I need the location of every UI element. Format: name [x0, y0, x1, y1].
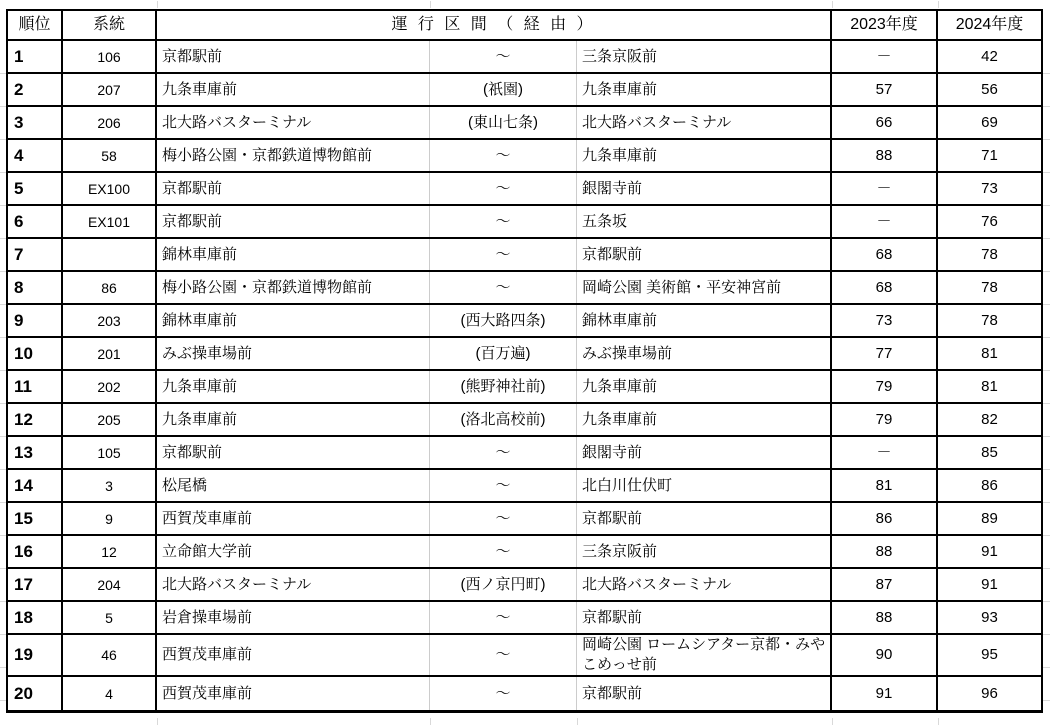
margin-gridline-tick	[938, 1, 939, 8]
cell-end-stop: 京都駅前	[577, 677, 832, 710]
margin-gridline-tick	[157, 1, 158, 8]
cell-rank: 13	[8, 437, 63, 468]
cell-rank: 7	[8, 239, 63, 270]
cell-start-stop: 京都駅前	[157, 173, 430, 204]
cell-start-stop: 西賀茂車庫前	[157, 635, 430, 675]
cell-start-stop: 松尾橋	[157, 470, 430, 501]
cell-fy2023: 66	[832, 107, 938, 138]
cell-fy2023: 79	[832, 404, 938, 435]
cell-fy2024: 71	[938, 140, 1041, 171]
cell-fy2024: 73	[938, 173, 1041, 204]
cell-rank: 15	[8, 503, 63, 534]
cell-route-number: 206	[63, 107, 157, 138]
cell-via: ～	[430, 602, 577, 633]
cell-rank: 3	[8, 107, 63, 138]
margin-gridline-tick	[832, 718, 833, 725]
cell-end-stop: 三条京阪前	[577, 536, 832, 567]
cell-fy2024: 76	[938, 206, 1041, 237]
document-page: 順位 系統 運 行 区 間 （ 経 由 ） 2023年度 2024年度 1 10…	[0, 0, 1050, 725]
cell-fy2023: 90	[832, 635, 938, 675]
cell-via: ～	[430, 635, 577, 675]
cell-rank: 14	[8, 470, 63, 501]
cell-rank: 5	[8, 173, 63, 204]
table-row: 1 106 京都駅前 ～ 三条京阪前 － 42	[8, 41, 1041, 74]
header-rank: 順位	[8, 11, 63, 39]
cell-route-number: 46	[63, 635, 157, 675]
table-row: 12 205 九条車庫前 (洛北高校前) 九条車庫前 79 82	[8, 404, 1041, 437]
cell-route-number: 4	[63, 677, 157, 710]
cell-start-stop: 岩倉操車場前	[157, 602, 430, 633]
cell-fy2024: 95	[938, 635, 1041, 675]
cell-start-stop: 九条車庫前	[157, 74, 430, 105]
cell-end-stop: 錦林車庫前	[577, 305, 832, 336]
cell-via: (熊野神社前)	[430, 371, 577, 402]
cell-fy2024: 69	[938, 107, 1041, 138]
cell-start-stop: 梅小路公園・京都鉄道博物館前	[157, 140, 430, 171]
cell-start-stop: 九条車庫前	[157, 371, 430, 402]
cell-route-number: 202	[63, 371, 157, 402]
header-fy2023: 2023年度	[832, 11, 938, 39]
table-row: 2 207 九条車庫前 (祇園) 九条車庫前 57 56	[8, 74, 1041, 107]
cell-start-stop: みぶ操車場前	[157, 338, 430, 369]
cell-rank: 2	[8, 74, 63, 105]
margin-gridline-tick	[938, 718, 939, 725]
cell-fy2024: 56	[938, 74, 1041, 105]
cell-fy2024: 93	[938, 602, 1041, 633]
cell-via: ～	[430, 140, 577, 171]
header-section: 運 行 区 間 （ 経 由 ）	[157, 11, 832, 39]
cell-fy2024: 85	[938, 437, 1041, 468]
cell-fy2024: 78	[938, 305, 1041, 336]
cell-start-stop: 北大路バスターミナル	[157, 569, 430, 600]
cell-fy2023: －	[832, 437, 938, 468]
cell-fy2024: 91	[938, 536, 1041, 567]
cell-rank: 9	[8, 305, 63, 336]
table-row: 3 206 北大路バスターミナル (東山七条) 北大路バスターミナル 66 69	[8, 107, 1041, 140]
cell-rank: 12	[8, 404, 63, 435]
cell-end-stop: 銀閣寺前	[577, 173, 832, 204]
table-row: 4 58 梅小路公園・京都鉄道博物館前 ～ 九条車庫前 88 71	[8, 140, 1041, 173]
cell-end-stop: 岡崎公園 美術館・平安神宮前	[577, 272, 832, 303]
cell-via: (祇園)	[430, 74, 577, 105]
table-row: 6 EX101 京都駅前 ～ 五条坂 － 76	[8, 206, 1041, 239]
cell-fy2024: 89	[938, 503, 1041, 534]
cell-via: (西ノ京円町)	[430, 569, 577, 600]
cell-route-number: 207	[63, 74, 157, 105]
cell-fy2023: －	[832, 206, 938, 237]
cell-end-stop: 銀閣寺前	[577, 437, 832, 468]
cell-route-number: 12	[63, 536, 157, 567]
cell-fy2024: 86	[938, 470, 1041, 501]
table-header-row: 順位 系統 運 行 区 間 （ 経 由 ） 2023年度 2024年度	[8, 11, 1041, 41]
cell-fy2023: 88	[832, 140, 938, 171]
cell-route-number	[63, 239, 157, 270]
cell-end-stop: 三条京阪前	[577, 41, 832, 72]
cell-fy2023: 77	[832, 338, 938, 369]
cell-via: ～	[430, 272, 577, 303]
cell-fy2023: －	[832, 41, 938, 72]
cell-via: (東山七条)	[430, 107, 577, 138]
cell-fy2024: 78	[938, 272, 1041, 303]
cell-fy2023: －	[832, 173, 938, 204]
cell-start-stop: 西賀茂車庫前	[157, 677, 430, 710]
cell-rank: 4	[8, 140, 63, 171]
table-row: 15 9 西賀茂車庫前 ～ 京都駅前 86 89	[8, 503, 1041, 536]
cell-via: ～	[430, 677, 577, 710]
cell-via: ～	[430, 437, 577, 468]
cell-end-stop: みぶ操車場前	[577, 338, 832, 369]
header-fy2024: 2024年度	[938, 11, 1041, 39]
table-row: 9 203 錦林車庫前 (西大路四条) 錦林車庫前 73 78	[8, 305, 1041, 338]
margin-gridlines-right	[1043, 41, 1050, 717]
cell-start-stop: 西賀茂車庫前	[157, 503, 430, 534]
cell-route-number: EX100	[63, 173, 157, 204]
table-row: 19 46 西賀茂車庫前 ～ 岡崎公園 ロームシアター京都・みやこめっせ前 90…	[8, 635, 1041, 677]
table-row: 11 202 九条車庫前 (熊野神社前) 九条車庫前 79 81	[8, 371, 1041, 404]
cell-route-number: EX101	[63, 206, 157, 237]
cell-start-stop: 京都駅前	[157, 41, 430, 72]
cell-end-stop: 五条坂	[577, 206, 832, 237]
cell-rank: 11	[8, 371, 63, 402]
cell-fy2024: 82	[938, 404, 1041, 435]
cell-route-number: 86	[63, 272, 157, 303]
cell-fy2023: 57	[832, 74, 938, 105]
cell-rank: 17	[8, 569, 63, 600]
table-row: 18 5 岩倉操車場前 ～ 京都駅前 88 93	[8, 602, 1041, 635]
cell-end-stop: 九条車庫前	[577, 140, 832, 171]
cell-start-stop: 立命館大学前	[157, 536, 430, 567]
cell-via: (西大路四条)	[430, 305, 577, 336]
table-row: 10 201 みぶ操車場前 (百万遍) みぶ操車場前 77 81	[8, 338, 1041, 371]
cell-end-stop: 北大路バスターミナル	[577, 569, 832, 600]
cell-fy2023: 91	[832, 677, 938, 710]
cell-start-stop: 京都駅前	[157, 437, 430, 468]
cell-via: (洛北高校前)	[430, 404, 577, 435]
cell-via: ～	[430, 239, 577, 270]
header-route: 系統	[63, 11, 157, 39]
table-row: 13 105 京都駅前 ～ 銀閣寺前 － 85	[8, 437, 1041, 470]
cell-route-number: 106	[63, 41, 157, 72]
cell-rank: 1	[8, 41, 63, 72]
cell-rank: 6	[8, 206, 63, 237]
cell-route-number: 5	[63, 602, 157, 633]
margin-gridline-tick	[832, 1, 833, 8]
cell-end-stop: 九条車庫前	[577, 371, 832, 402]
cell-end-stop: 京都駅前	[577, 602, 832, 633]
cell-fy2023: 81	[832, 470, 938, 501]
cell-end-stop: 九条車庫前	[577, 74, 832, 105]
cell-route-number: 204	[63, 569, 157, 600]
cell-start-stop: 錦林車庫前	[157, 239, 430, 270]
cell-fy2024: 81	[938, 371, 1041, 402]
bus-route-ranking-table: 順位 系統 運 行 区 間 （ 経 由 ） 2023年度 2024年度 1 10…	[6, 9, 1043, 713]
cell-via: ～	[430, 173, 577, 204]
cell-rank: 10	[8, 338, 63, 369]
cell-start-stop: 京都駅前	[157, 206, 430, 237]
cell-end-stop: 岡崎公園 ロームシアター京都・みやこめっせ前	[577, 635, 832, 675]
table-body: 1 106 京都駅前 ～ 三条京阪前 － 42 2 207 九条車庫前 (祇園)…	[8, 41, 1041, 710]
cell-via: ～	[430, 206, 577, 237]
cell-rank: 20	[8, 677, 63, 710]
cell-fy2023: 88	[832, 536, 938, 567]
cell-via: ～	[430, 503, 577, 534]
cell-end-stop: 京都駅前	[577, 239, 832, 270]
cell-via: (百万遍)	[430, 338, 577, 369]
cell-via: ～	[430, 536, 577, 567]
cell-route-number: 58	[63, 140, 157, 171]
table-row: 17 204 北大路バスターミナル (西ノ京円町) 北大路バスターミナル 87 …	[8, 569, 1041, 602]
cell-route-number: 9	[63, 503, 157, 534]
cell-route-number: 205	[63, 404, 157, 435]
cell-end-stop: 京都駅前	[577, 503, 832, 534]
cell-route-number: 203	[63, 305, 157, 336]
cell-fy2023: 88	[832, 602, 938, 633]
cell-fy2024: 42	[938, 41, 1041, 72]
cell-end-stop: 北大路バスターミナル	[577, 107, 832, 138]
cell-fy2023: 68	[832, 272, 938, 303]
cell-fy2023: 87	[832, 569, 938, 600]
cell-rank: 18	[8, 602, 63, 633]
cell-rank: 19	[8, 635, 63, 675]
table-row: 7 錦林車庫前 ～ 京都駅前 68 78	[8, 239, 1041, 272]
cell-via: ～	[430, 470, 577, 501]
table-row: 8 86 梅小路公園・京都鉄道博物館前 ～ 岡崎公園 美術館・平安神宮前 68 …	[8, 272, 1041, 305]
table-row: 20 4 西賀茂車庫前 ～ 京都駅前 91 96	[8, 677, 1041, 710]
cell-end-stop: 北白川仕伏町	[577, 470, 832, 501]
cell-rank: 8	[8, 272, 63, 303]
cell-fy2024: 91	[938, 569, 1041, 600]
cell-rank: 16	[8, 536, 63, 567]
cell-start-stop: 北大路バスターミナル	[157, 107, 430, 138]
margin-gridline-tick	[577, 718, 578, 725]
cell-fy2023: 73	[832, 305, 938, 336]
cell-fy2023: 86	[832, 503, 938, 534]
cell-fy2024: 81	[938, 338, 1041, 369]
cell-fy2024: 78	[938, 239, 1041, 270]
margin-gridline-tick	[430, 718, 431, 725]
table-row: 16 12 立命館大学前 ～ 三条京阪前 88 91	[8, 536, 1041, 569]
cell-route-number: 3	[63, 470, 157, 501]
cell-route-number: 201	[63, 338, 157, 369]
cell-end-stop: 九条車庫前	[577, 404, 832, 435]
cell-fy2024: 96	[938, 677, 1041, 710]
cell-fy2023: 79	[832, 371, 938, 402]
table-row: 5 EX100 京都駅前 ～ 銀閣寺前 － 73	[8, 173, 1041, 206]
cell-start-stop: 梅小路公園・京都鉄道博物館前	[157, 272, 430, 303]
cell-fy2023: 68	[832, 239, 938, 270]
cell-route-number: 105	[63, 437, 157, 468]
cell-start-stop: 錦林車庫前	[157, 305, 430, 336]
cell-via: ～	[430, 41, 577, 72]
margin-gridline-tick	[157, 718, 158, 725]
table-row: 14 3 松尾橋 ～ 北白川仕伏町 81 86	[8, 470, 1041, 503]
cell-start-stop: 九条車庫前	[157, 404, 430, 435]
margin-gridline-tick	[430, 1, 431, 8]
